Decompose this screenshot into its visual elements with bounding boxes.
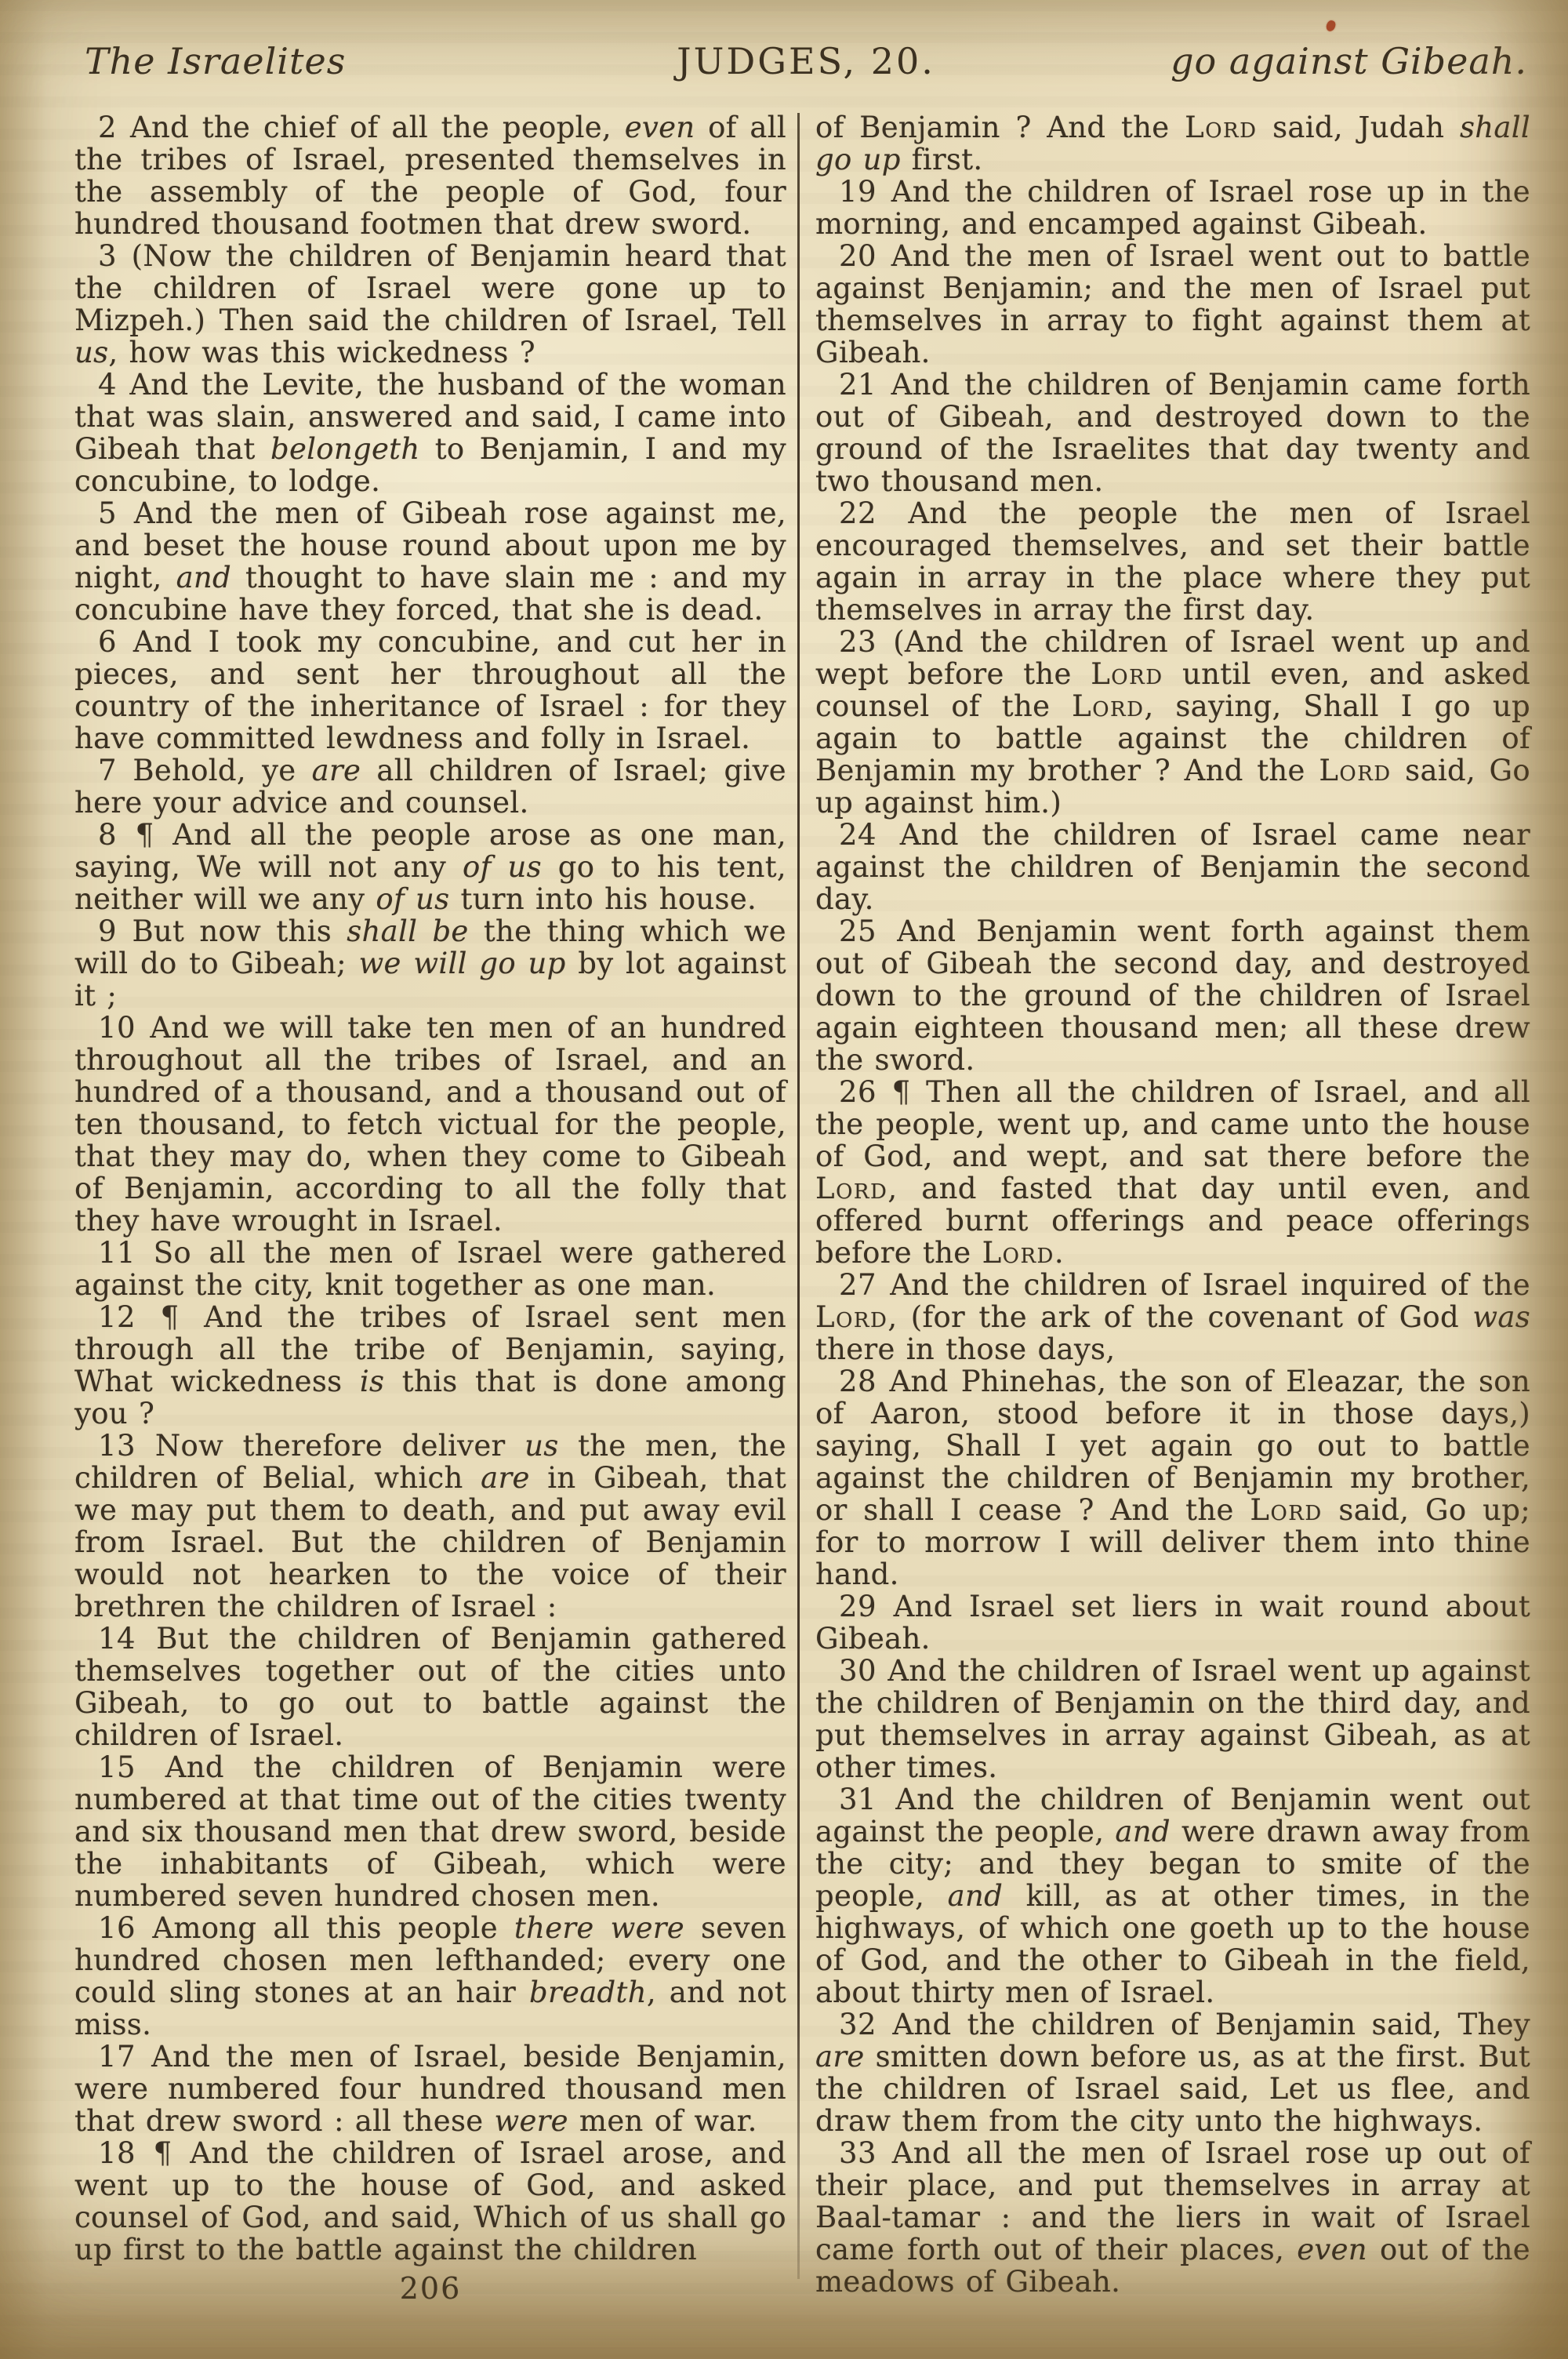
verse-14: 14 But the children of Benjamin gathered…	[74, 1623, 786, 1751]
verse-12: 12 ¶ And the tribes of Israel sent men t…	[74, 1301, 786, 1430]
verse-number: 19	[839, 175, 891, 209]
verse-17: 17 And the men of Israel, beside Benjami…	[74, 2041, 786, 2137]
pilcrow-mark: ¶	[161, 1300, 205, 1334]
verse-9: 9 But now this shall be the thing which …	[74, 915, 786, 1012]
pilcrow-mark: ¶	[136, 818, 173, 852]
verse-22: 22 And the people the men of Israel enco…	[815, 497, 1530, 626]
verse-29: 29 And Israel set liers in wait round ab…	[815, 1590, 1530, 1655]
verse-18: 18 ¶ And the children of Israel arose, a…	[74, 2137, 786, 2266]
verse-number: 31	[839, 1783, 895, 1816]
divine-name-smallcaps: Lord	[1319, 754, 1391, 787]
verse-number: 25	[839, 914, 897, 948]
verse-number: 20	[839, 239, 891, 273]
divine-name-smallcaps: Lord	[1185, 111, 1257, 144]
verse-28: 28 And Phinehas, the son of Eleazar, the…	[815, 1365, 1530, 1590]
verse-number: 28	[839, 1365, 889, 1398]
verse-25: 25 And Benjamin went forth against them …	[815, 915, 1530, 1076]
verse-number: 17	[98, 2040, 151, 2074]
divine-name-smallcaps: Lord	[1250, 1493, 1322, 1527]
verse-6: 6 And I took my concubine, and cut her i…	[74, 626, 786, 754]
verse-number: 2	[98, 111, 130, 144]
verse-10: 10 And we will take ten men of an hundre…	[74, 1012, 786, 1237]
verse-number: 23	[839, 625, 893, 659]
verse-number: 12	[98, 1300, 161, 1334]
verse-5: 5 And the men of Gibeah rose against me,…	[74, 497, 786, 626]
verse-20: 20 And the men of Israel went out to bat…	[815, 240, 1530, 369]
running-head-right: go against Gibeah.	[1171, 36, 1527, 86]
verse-33: 33 And all the men of Israel rose up out…	[815, 2137, 1530, 2298]
verse-number: 15	[98, 1750, 165, 1784]
verse-number: 18	[98, 2136, 154, 2170]
divine-name-smallcaps: Lord	[1091, 657, 1163, 691]
verse-number: 8	[98, 818, 136, 852]
running-header: The Israelites JUDGES, 20. go against Gi…	[85, 36, 1527, 86]
right-column: of Benjamin ? And the Lord said, Judah s…	[815, 111, 1530, 2298]
verse-continuation: of Benjamin ? And the Lord said, Judah s…	[815, 111, 1530, 176]
verse-number: 21	[839, 368, 891, 402]
divine-name-smallcaps: Lord	[815, 1172, 887, 1205]
verse-number: 29	[839, 1590, 894, 1623]
verse-number: 5	[98, 496, 134, 530]
verse-number: 16	[98, 1911, 152, 1945]
page-number: 206	[74, 2271, 786, 2306]
verse-15: 15 And the children of Benjamin were num…	[74, 1751, 786, 1912]
verse-24: 24 And the children of Israel came near …	[815, 819, 1530, 915]
column-divider-rule	[797, 113, 800, 2279]
divine-name-smallcaps: Lord	[815, 1300, 887, 1334]
divine-name-smallcaps: Lord	[1072, 689, 1144, 723]
verse-27: 27 And the children of Israel inquired o…	[815, 1269, 1530, 1365]
verse-number: 13	[98, 1429, 155, 1463]
verse-13: 13 Now therefore deliver us the men, the…	[74, 1430, 786, 1623]
verse-3: 3 (Now the children of Benjamin heard th…	[74, 240, 786, 369]
verse-21: 21 And the children of Benjamin came for…	[815, 369, 1530, 497]
verse-19: 19 And the children of Israel rose up in…	[815, 176, 1530, 240]
verse-number: 9	[98, 914, 132, 948]
verse-number: 24	[839, 818, 900, 852]
verse-number: 11	[98, 1236, 154, 1270]
verse-8: 8 ¶ And all the people arose as one man,…	[74, 819, 786, 915]
verse-11: 11 So all the men of Israel were gathere…	[74, 1237, 786, 1301]
verse-16: 16 Among all this people there were seve…	[74, 1912, 786, 2041]
verse-number: 14	[98, 1622, 156, 1656]
verse-number: 27	[839, 1268, 890, 1302]
verse-23: 23 (And the children of Israel went up a…	[815, 626, 1530, 819]
scripture-text-block: 2 And the chief of all the people, even …	[74, 111, 1534, 2298]
verse-number: 3	[98, 239, 132, 273]
verse-31: 31 And the children of Benjamin went out…	[815, 1783, 1530, 2008]
pilcrow-mark: ¶	[892, 1075, 927, 1109]
verse-number: 33	[839, 2136, 892, 2170]
verse-number: 32	[839, 2008, 892, 2041]
divine-name-smallcaps: Lord	[982, 1236, 1054, 1270]
verse-2: 2 And the chief of all the people, even …	[74, 111, 786, 240]
verse-30: 30 And the children of Israel went up ag…	[815, 1655, 1530, 1783]
verse-number: 10	[98, 1011, 150, 1045]
verse-7: 7 Behold, ye are all children of Israel;…	[74, 754, 786, 819]
verse-number: 4	[98, 368, 129, 402]
verse-number: 30	[839, 1654, 887, 1688]
verse-number: 22	[839, 496, 908, 530]
verse-number: 7	[98, 754, 132, 787]
bible-page-scan: The Israelites JUDGES, 20. go against Gi…	[0, 0, 1568, 2359]
red-ink-speck	[1325, 20, 1337, 33]
pilcrow-mark: ¶	[154, 2136, 191, 2170]
verse-4: 4 And the Levite, the husband of the wom…	[74, 369, 786, 497]
verse-32: 32 And the children of Benjamin said, Th…	[815, 2008, 1530, 2137]
left-column: 2 And the chief of all the people, even …	[74, 111, 786, 2266]
verse-number: 26	[839, 1075, 892, 1109]
verse-number: 6	[98, 625, 133, 659]
verse-26: 26 ¶ Then all the children of Israel, an…	[815, 1076, 1530, 1269]
